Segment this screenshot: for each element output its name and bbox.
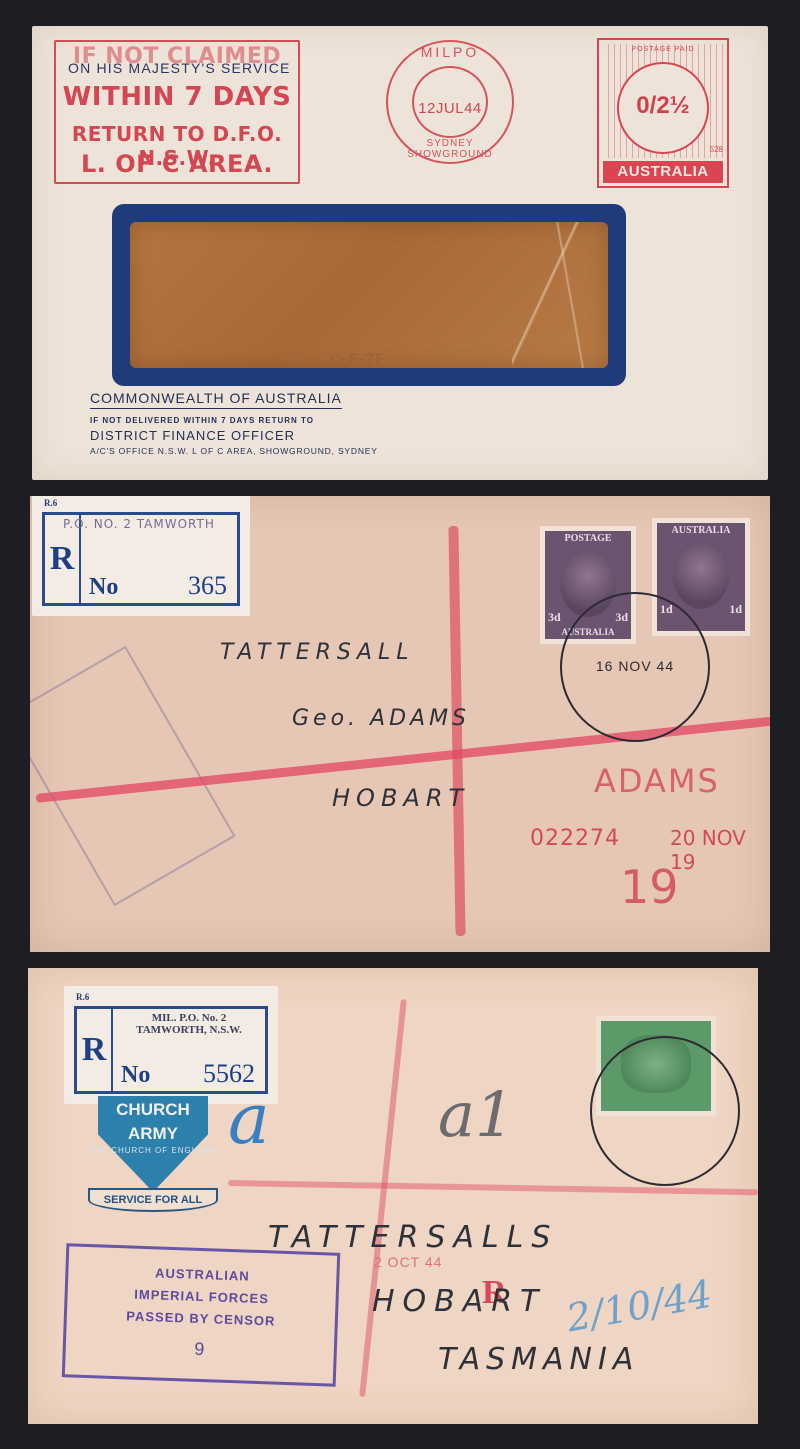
- stamp-country: AUSTRALIA: [657, 525, 745, 536]
- blue-date-annotation: 2/10/44: [563, 1272, 715, 1341]
- ohms-heading: ON HIS MAJESTY'S SERVICE: [68, 60, 291, 76]
- tamworth-postmark: [590, 1036, 740, 1186]
- address-line-2: Geo. ADAMS: [292, 706, 470, 731]
- registration-number: 365: [188, 571, 227, 601]
- shield-line-2: ARMY: [88, 1124, 218, 1144]
- label-office: MIL. P.O. No. 2 TAMWORTH, N.S.W.: [113, 1012, 265, 1036]
- label-no: No: [89, 574, 118, 601]
- glassine-window: C-F-7F: [112, 204, 626, 386]
- red-receiving-date: 2 OCT 44: [374, 1254, 442, 1270]
- censor-line-2: IMPERIAL FORCES: [67, 1284, 335, 1308]
- shield-line-1: CHURCH: [88, 1100, 218, 1120]
- censor-line-1: AUSTRALIAN: [68, 1262, 336, 1286]
- registered-cover-tattersall: R.6 R P.O. NO. 2 TAMWORTH No 365 POSTAGE…: [30, 496, 770, 952]
- issuer-line: COMMONWEALTH OF AUSTRALIA: [90, 390, 342, 409]
- tamworth-postmark: 16 NOV 44: [560, 592, 710, 742]
- postage-meter-frank: POSTAGE PAID 0/2½ 528 AUSTRALIA: [597, 38, 729, 188]
- label-office: P.O. NO. 2 TAMWORTH: [63, 518, 215, 530]
- pencil-mark: a1: [438, 1078, 514, 1151]
- label-form-number: R.6: [76, 992, 89, 1002]
- milpo-postmark: MILPO 12JUL44 SYDNEY SHOWGROUND: [386, 40, 514, 164]
- meter-value: 0/2½: [619, 92, 707, 120]
- censor-cachet: AUSTRALIAN IMPERIAL FORCES PASSED BY CEN…: [62, 1243, 341, 1386]
- return-addressee: DISTRICT FINANCE OFFICER: [90, 428, 295, 443]
- return-instruction: IF NOT DELIVERED WITHIN 7 DAYS RETURN TO: [90, 416, 314, 425]
- postmark-bottom: SYDNEY SHOWGROUND: [388, 138, 512, 160]
- queen-portrait: [673, 540, 729, 609]
- receiving-stamp-date: 20 NOV 19: [670, 826, 770, 874]
- censor-line-3: PASSED BY CENSOR: [67, 1306, 335, 1330]
- claim-line-4: L. OF C AREA.: [56, 150, 298, 178]
- stamp-denomination: 1d: [729, 602, 742, 617]
- label-office-line-1: MIL. P.O. No. 2: [113, 1012, 265, 1024]
- address-line-3: TASMANIA: [438, 1342, 639, 1377]
- registered-letter: R: [77, 1009, 113, 1091]
- censored-cover-tattersalls: R.6 R MIL. P.O. No. 2 TAMWORTH, N.S.W. N…: [28, 968, 758, 1424]
- receiving-stamp-code: 19: [620, 860, 679, 914]
- shield-arc-text: THE CHURCH OF ENGLAND: [88, 1146, 218, 1155]
- address-line-3: HOBART: [332, 784, 469, 812]
- receiving-stamp-number: 022274: [530, 826, 620, 851]
- red-crayon-vertical: [359, 999, 407, 1397]
- postmark-date: 12JUL44: [414, 100, 486, 117]
- registration-label: R.6 R P.O. NO. 2 TAMWORTH No 365: [32, 496, 250, 616]
- crease-mark: [512, 222, 602, 368]
- church-army-shield: CHURCH ARMY THE CHURCH OF ENGLAND SERVIC…: [88, 1096, 218, 1206]
- meter-country: AUSTRALIA: [603, 161, 723, 183]
- label-office-line-2: TAMWORTH, N.S.W.: [113, 1024, 265, 1036]
- claim-line-2: WITHIN 7 DAYS: [56, 82, 298, 112]
- stamp-denomination: 3d: [548, 610, 561, 625]
- meter-header: POSTAGE PAID: [599, 46, 727, 53]
- meter-number: 528: [710, 145, 723, 154]
- address-line-1: TATTERSALL: [220, 640, 414, 665]
- blue-crayon-mark: a: [228, 1078, 270, 1160]
- address-line-1: TATTERSALLS: [268, 1220, 558, 1255]
- label-no: No: [121, 1062, 150, 1089]
- red-crayon-vertical: [448, 526, 465, 936]
- ohms-window-envelope: IF NOT CLAIMED WITHIN 7 DAYS RETURN TO D…: [32, 26, 768, 480]
- label-form-number: R.6: [44, 498, 57, 508]
- receiving-stamp-name: ADAMS: [594, 762, 720, 800]
- address-line-2: HOBART: [372, 1284, 546, 1319]
- postmark-top: MILPO: [388, 44, 512, 60]
- postmark-date: 16 NOV 44: [562, 658, 708, 674]
- window-imprint: C-F-7F: [330, 350, 386, 366]
- stamp-header: POSTAGE: [545, 533, 631, 544]
- censor-number: 9: [66, 1334, 335, 1364]
- shield-motto: SERVICE FOR ALL: [88, 1188, 218, 1212]
- return-address: A/C'S OFFICE N.S.W. L OF C AREA, SHOWGRO…: [90, 446, 378, 456]
